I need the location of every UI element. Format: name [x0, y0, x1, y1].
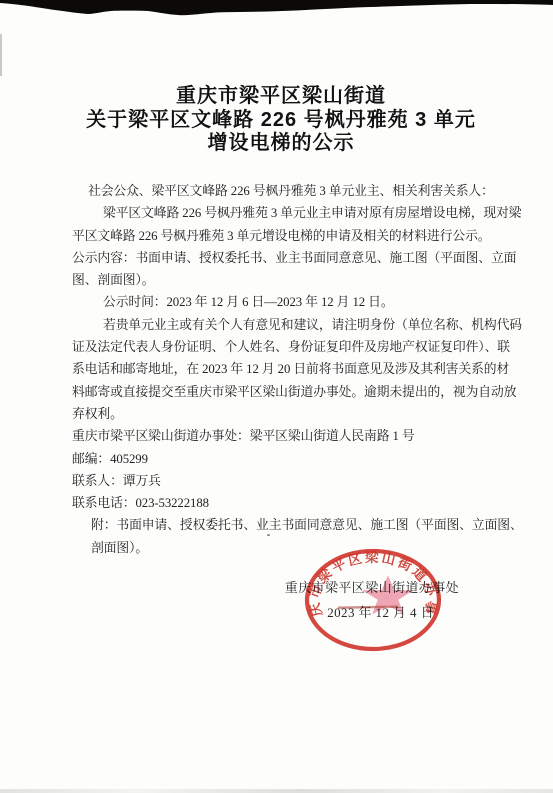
- scanned-notice-page: 重庆市梁平区梁山街道 关于梁平区文峰路 226 号枫丹雅苑 3 单元 增设电梯的…: [0, 0, 553, 793]
- left-edge-artifact: [0, 34, 2, 76]
- body-line: 邮编：405299: [72, 448, 510, 470]
- body-line: 图、剖面图）。: [72, 269, 510, 291]
- body-line: 联系电话：023-53222188: [72, 492, 510, 514]
- body-line: 公示内容：书面申请、授权委托书、业主书面同意意见、施工图（平面图、立面: [72, 247, 510, 269]
- body-line: 系电话和邮寄地址，在 2023 年 12 月 20 日前将书面意见及涉及其利害关…: [72, 358, 510, 380]
- bottom-scan-artifact: [0, 789, 553, 793]
- doc-title: 重庆市梁平区梁山街道 关于梁平区文峰路 226 号枫丹雅苑 3 单元 增设电梯的…: [62, 85, 500, 156]
- top-scan-artifact: [0, 0, 553, 20]
- body-line: 附：书面申请、授权委托书、业主书面同意意见、施工图（平面图、立面图、: [72, 514, 510, 536]
- body-line: 公示时间：2023 年 12 月 6 日—2023 年 12 月 12 日。: [72, 291, 510, 313]
- body-line: 社会公众、梁平区文峰路 226 号枫丹雅苑 3 单元业主、相关利害关系人：: [72, 180, 510, 202]
- body-line: 重庆市梁平区梁山街道办事处：梁平区梁山街道人民南路 1 号: [72, 425, 510, 447]
- body-line: 联系人：谭万兵: [72, 470, 510, 492]
- body-line: 证及法定代表人身份证明、个人姓名、身份证复印件及房地产权证复印件）、联: [72, 336, 510, 358]
- body-line: 若贵单元业主或有关个人有意见和建议，请注明身份（单位名称、机构代码: [72, 314, 510, 336]
- doc-body: 社会公众、梁平区文峰路 226 号枫丹雅苑 3 单元业主、相关利害关系人： 梁平…: [72, 180, 510, 559]
- seal-star: [362, 575, 413, 614]
- seal-smear: [338, 605, 398, 608]
- body-line: 弃权利。: [72, 403, 510, 425]
- doc-title-line-3: 增设电梯的公示: [62, 132, 500, 156]
- body-line: 料邮寄或直接提交至重庆市梁平区梁山街道办事处。逾期未提出的，视为自动放: [72, 381, 510, 403]
- doc-title-line-1: 重庆市梁平区梁山街道: [62, 85, 500, 109]
- body-line: 剖面图）。: [72, 537, 510, 559]
- official-seal: 重庆市梁平区梁山街道办事处: [302, 547, 444, 653]
- body-line: 梁平区文峰路 226 号枫丹雅苑 3 单元业主申请对原有房屋增设电梯，现对梁: [72, 202, 510, 224]
- body-line: 平区文峰路 226 号枫丹雅苑 3 单元增设电梯的申请及相关的材料进行公示。: [72, 225, 510, 247]
- doc-title-line-2: 关于梁平区文峰路 226 号枫丹雅苑 3 单元: [62, 109, 500, 133]
